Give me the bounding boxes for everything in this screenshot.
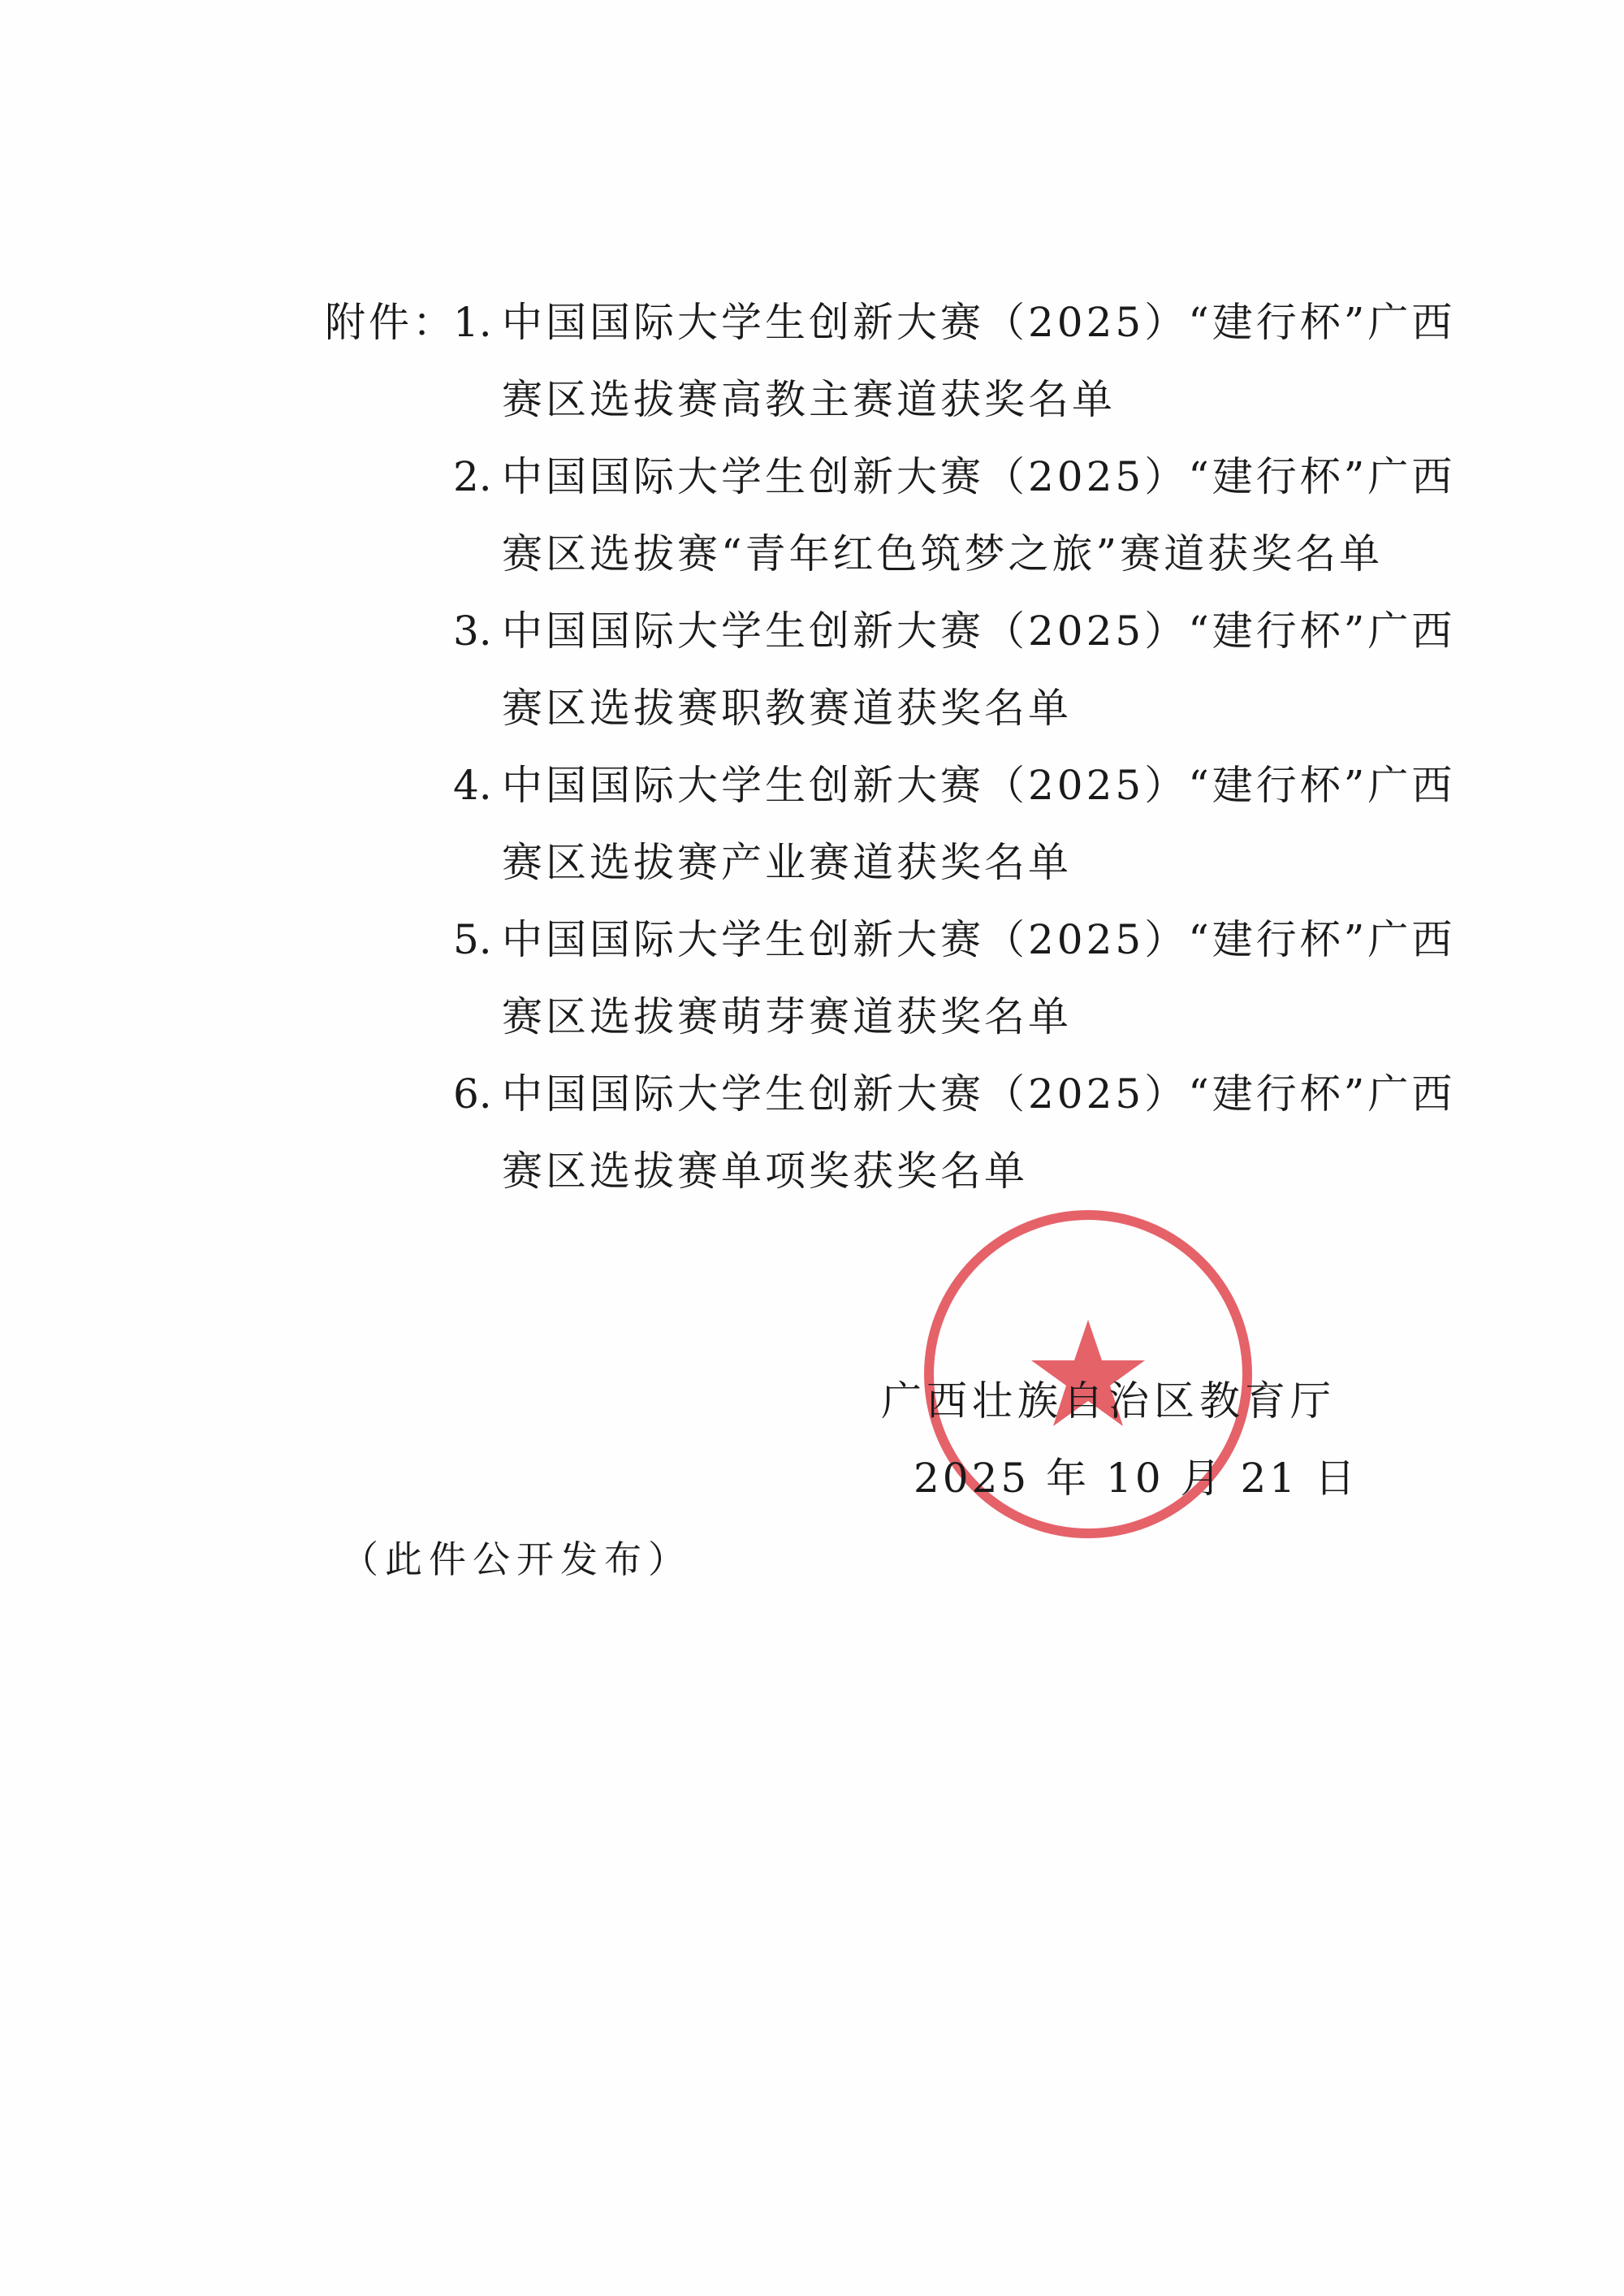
- attachment-item: 5. 中国国际大学生创新大赛（2025）“建行杯”广西 赛区选拔赛萌芽赛道获奖名…: [325, 902, 1478, 1056]
- attachment-number: 3.: [453, 593, 492, 670]
- attachment-number: 4.: [453, 747, 492, 824]
- publication-note: （此件公开发布）: [341, 1531, 692, 1588]
- attachment-title-line1: 中国国际大学生创新大赛（2025）“建行杯”广西: [502, 439, 1455, 516]
- attachment-item: 附件： 1. 中国国际大学生创新大赛（2025）“建行杯”广西 赛区选拔赛高教主…: [325, 284, 1478, 439]
- attachment-item: 4. 中国国际大学生创新大赛（2025）“建行杯”广西 赛区选拔赛产业赛道获奖名…: [325, 747, 1478, 902]
- attachment-label: 附件：: [325, 284, 456, 361]
- attachment-item: 3. 中国国际大学生创新大赛（2025）“建行杯”广西 赛区选拔赛职教赛道获奖名…: [325, 593, 1478, 747]
- issue-date: 2025 年 10 月 21 日: [914, 1450, 1358, 1507]
- attachment-number: 5.: [453, 902, 492, 979]
- attachment-number: 1.: [453, 284, 492, 361]
- attachment-title-line2: 赛区选拔赛产业赛道获奖名单: [502, 824, 1072, 902]
- attachment-title-line1: 中国国际大学生创新大赛（2025）“建行杯”广西: [502, 1056, 1455, 1133]
- attachment-title-line1: 中国国际大学生创新大赛（2025）“建行杯”广西: [502, 902, 1455, 979]
- attachment-title-line2: 赛区选拔赛高教主赛道获奖名单: [502, 361, 1116, 439]
- attachment-title-line1: 中国国际大学生创新大赛（2025）“建行杯”广西: [502, 593, 1455, 670]
- attachment-item: 6. 中国国际大学生创新大赛（2025）“建行杯”广西 赛区选拔赛单项奖获奖名单: [325, 1056, 1478, 1210]
- issuer-name: 广西壮族自治区教育厅: [881, 1373, 1336, 1429]
- document-page: 附件： 1. 中国国际大学生创新大赛（2025）“建行杯”广西 赛区选拔赛高教主…: [0, 0, 1624, 2296]
- attachment-title-line2: 赛区选拔赛“青年红色筑梦之旅”赛道获奖名单: [502, 516, 1383, 593]
- attachment-title-line2: 赛区选拔赛萌芽赛道获奖名单: [502, 979, 1072, 1056]
- attachment-item: 2. 中国国际大学生创新大赛（2025）“建行杯”广西 赛区选拔赛“青年红色筑梦…: [325, 439, 1478, 593]
- attachment-number: 6.: [453, 1056, 492, 1133]
- attachment-title-line1: 中国国际大学生创新大赛（2025）“建行杯”广西: [502, 284, 1455, 361]
- attachment-title-line2: 赛区选拔赛单项奖获奖名单: [502, 1133, 1028, 1210]
- attachment-title-line1: 中国国际大学生创新大赛（2025）“建行杯”广西: [502, 747, 1455, 824]
- attachment-title-line2: 赛区选拔赛职教赛道获奖名单: [502, 670, 1072, 747]
- attachment-list: 附件： 1. 中国国际大学生创新大赛（2025）“建行杯”广西 赛区选拔赛高教主…: [325, 284, 1478, 1210]
- attachment-number: 2.: [453, 439, 492, 516]
